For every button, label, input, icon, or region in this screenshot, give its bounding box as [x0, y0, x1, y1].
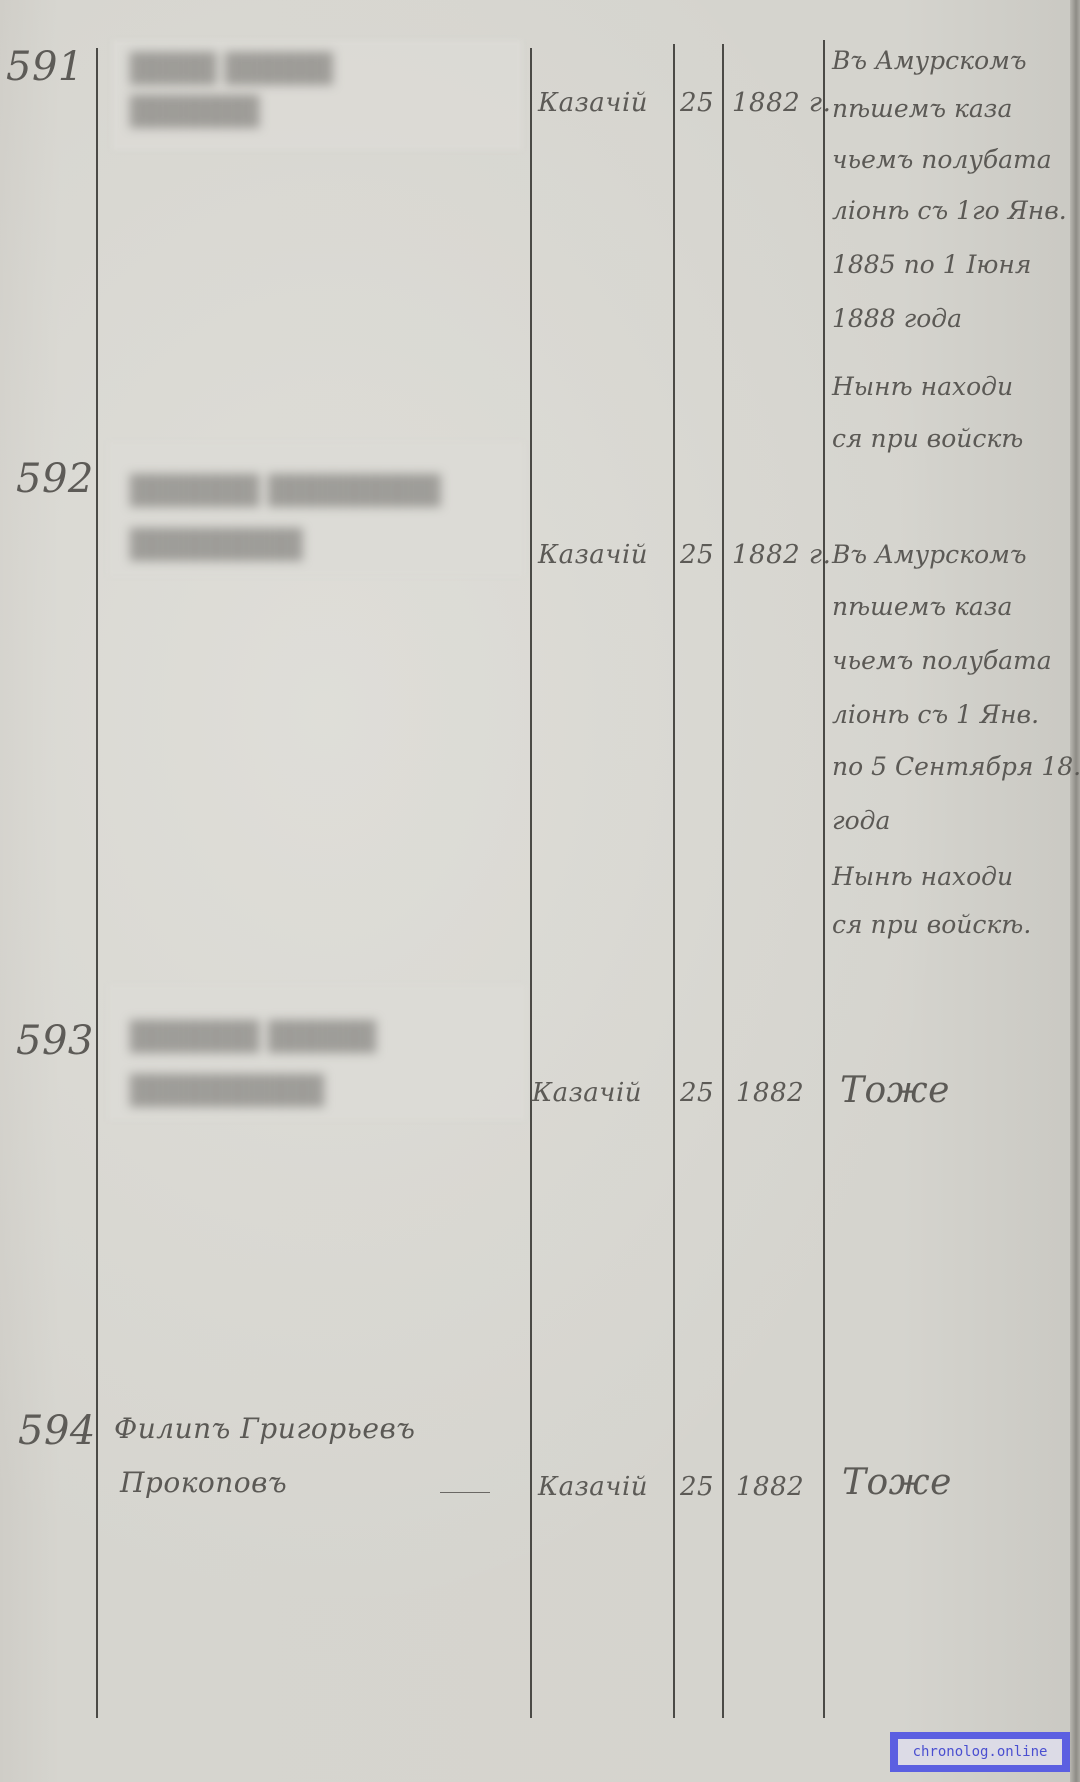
watermark-badge: chronolog.online — [890, 1732, 1070, 1772]
note-line: чьемъ полубата — [832, 145, 1052, 174]
redacted-name-line1: ██████ █████ — [130, 1020, 376, 1053]
note-line: года — [832, 806, 890, 835]
note-line: Нынѣ находи — [832, 862, 1013, 891]
book-spine-edge — [1070, 0, 1080, 1782]
name-dash — [440, 1492, 490, 1493]
row-number: 594 — [18, 1408, 96, 1454]
year-cell: 1882 г. — [732, 88, 831, 118]
column-line-age — [722, 44, 724, 1718]
redacted-name-line2: ████████ — [130, 528, 302, 561]
year-cell: 1882 — [736, 1472, 804, 1502]
row-number: 593 — [16, 1018, 94, 1064]
note-same-as-above: Тоже — [842, 1462, 952, 1503]
note-line: пѣшемъ каза — [832, 592, 1012, 621]
note-line: ся при войскѣ. — [832, 910, 1031, 939]
note-line: 1888 года — [832, 304, 962, 333]
note-line: Въ Амурскомъ — [832, 540, 1027, 569]
note-line: ся при войскѣ — [832, 424, 1023, 453]
note-line: 1885 по 1 Іюня — [832, 250, 1031, 279]
person-name-line1: Филипъ Григорьевъ — [114, 1412, 415, 1445]
estate-cell: Казачій — [532, 1078, 642, 1108]
column-line-estate — [673, 44, 675, 1718]
estate-cell: Казачій — [538, 540, 648, 570]
age-cell: 25 — [680, 1472, 714, 1502]
redacted-name-line1: ██████ ████████ — [130, 474, 440, 507]
estate-cell: Казачій — [538, 88, 648, 118]
note-line: ліонѣ съ 1го Янв. — [832, 196, 1067, 225]
row-number: 591 — [6, 44, 84, 90]
watermark-text: chronolog.online — [898, 1739, 1062, 1765]
age-cell: 25 — [680, 88, 714, 118]
row-number: 592 — [16, 456, 94, 502]
column-line-number — [96, 48, 98, 1718]
redacted-name-line2: ██████ — [130, 95, 259, 128]
note-line: Въ Амурскомъ — [832, 46, 1027, 75]
redacted-name-line2: █████████ — [130, 1074, 324, 1107]
column-line-name — [530, 48, 532, 1718]
person-name-line2: Прокоповъ — [120, 1466, 287, 1499]
note-line: чьемъ полубата — [832, 646, 1052, 675]
year-cell: 1882 г. — [732, 540, 831, 570]
column-line-year — [823, 40, 825, 1718]
age-cell: 25 — [680, 1078, 714, 1108]
document-page: 591 ████ █████ ██████ Казачій 25 1882 г.… — [0, 0, 1080, 1782]
estate-cell: Казачій — [538, 1472, 648, 1502]
note-line: Нынѣ находи — [832, 372, 1013, 401]
note-line: пѣшемъ каза — [832, 94, 1012, 123]
redacted-name-line1: ████ █████ — [130, 52, 333, 85]
note-same-as-above: Тоже — [840, 1070, 950, 1111]
year-cell: 1882 — [736, 1078, 804, 1108]
note-line: по 5 Сентября 18.. — [832, 752, 1080, 781]
note-line: ліонѣ съ 1 Янв. — [832, 700, 1039, 729]
age-cell: 25 — [680, 540, 714, 570]
